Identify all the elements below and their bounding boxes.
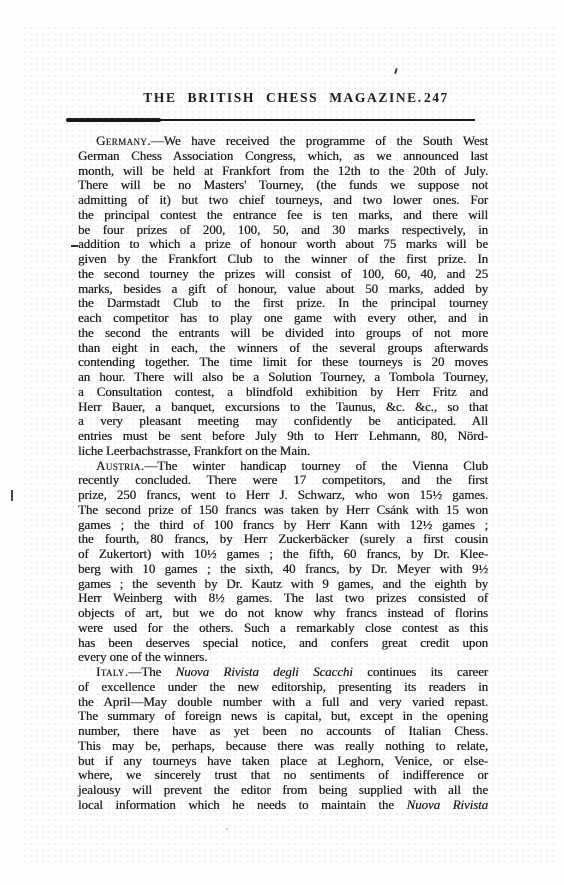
text-line: marks, besides a gift of honour, value a… — [78, 282, 488, 297]
text-line: Austria.—The winter handicap tourney of … — [78, 459, 488, 474]
text-line: where, we sincerely trust that no sentim… — [78, 768, 488, 783]
text-line: each competitor has to play one game wit… — [78, 311, 488, 326]
text-line: games ; the seventh by Dr. Kautz with 9 … — [78, 577, 488, 592]
text-line: entries must be sent before July 9th to … — [78, 429, 488, 444]
text-line: liche Leerbachstrasse, Frankfort on the … — [78, 444, 488, 459]
text-line: Italy.—The Nuova Rivista degli Scacchi c… — [78, 665, 488, 680]
text-line: contending together. The time limit for … — [78, 355, 488, 370]
text-line: berg with 10 games ; the sixth, 40 franc… — [78, 562, 488, 577]
text-line: number, there have as yet been no accoun… — [78, 724, 488, 739]
text-line: The second prize of 150 francs was taken… — [78, 503, 488, 518]
text-line: The summary of foreign news is capital, … — [78, 709, 488, 724]
text-line: of excellence under the new editorship, … — [78, 680, 488, 695]
text-line: This may be, perhaps, because there was … — [78, 739, 488, 754]
scan-artifact-margin-tick — [11, 490, 13, 501]
text-line: addition to which a prize of honour wort… — [78, 237, 488, 252]
page-number: 247 — [424, 90, 449, 106]
text-line: objects of art, but we do not know why f… — [78, 606, 488, 621]
text-line: of Zukertort) with 10½ games ; the fifth… — [78, 547, 488, 562]
text-line: the Darmstadt Club to the first prize. I… — [78, 296, 488, 311]
text-line: but if any tourneys have taken place at … — [78, 754, 488, 769]
text-line: German Chess Association Congress, which… — [78, 149, 488, 164]
text-line: a Consultation contest, a blindfold exhi… — [78, 385, 488, 400]
text-line: has been deserves special notice, and co… — [78, 636, 488, 651]
scan-artifact-tick — [394, 68, 398, 74]
text-line: admitting of it) but two chief tourneys,… — [78, 193, 488, 208]
scan-artifact-speck — [226, 828, 228, 830]
text-line: month, will be held at Frankfort from th… — [78, 164, 488, 179]
text-line: the second tourney the prizes will consi… — [78, 267, 488, 282]
text-line: prize, 250 francs, went to Herr J. Schwa… — [78, 488, 488, 503]
text-line: Herr Bauer, a banquet, excursions to the… — [78, 400, 488, 415]
text-line: the principal contest the entrance fee i… — [78, 208, 488, 223]
text-line: were used for the others. Such a remarka… — [78, 621, 488, 636]
header-rule — [66, 119, 475, 121]
text-line: than eight in each, the winners of the s… — [78, 341, 488, 356]
text-line: local information which he needs to main… — [78, 798, 488, 813]
text-line: given by the Frankfort Club to the winne… — [78, 252, 488, 267]
text-line: be four prizes of 200, 100, 50, and 30 m… — [78, 223, 488, 238]
scan-artifact-dash — [71, 245, 78, 247]
text-line: recently concluded. There were 17 compet… — [78, 473, 488, 488]
text-line: the second the entrants will be divided … — [78, 326, 488, 341]
text-line: an hour. There will also be a Solution T… — [78, 370, 488, 385]
text-line: a very pleasant meeting may confidently … — [78, 414, 488, 429]
text-line: games ; the third of 100 francs by Herr … — [78, 518, 488, 533]
magazine-page: THE BRITISH CHESS MAGAZINE. 247 Germany.… — [0, 0, 564, 885]
article-text: Germany.—We have received the programme … — [78, 134, 488, 813]
text-line: jealousy will prevent the editor from be… — [78, 783, 488, 798]
text-line: Germany.—We have received the programme … — [78, 134, 488, 149]
text-line: There will be no Masters' Tourney, (the … — [78, 178, 488, 193]
text-line: the April—May double number with a full … — [78, 695, 488, 710]
text-line: every one of the winners. — [78, 650, 488, 665]
text-line: Herr Weinberg with 8½ games. The last tw… — [78, 591, 488, 606]
text-line: the fourth, 80 francs, by Herr Zuckerbäc… — [78, 532, 488, 547]
